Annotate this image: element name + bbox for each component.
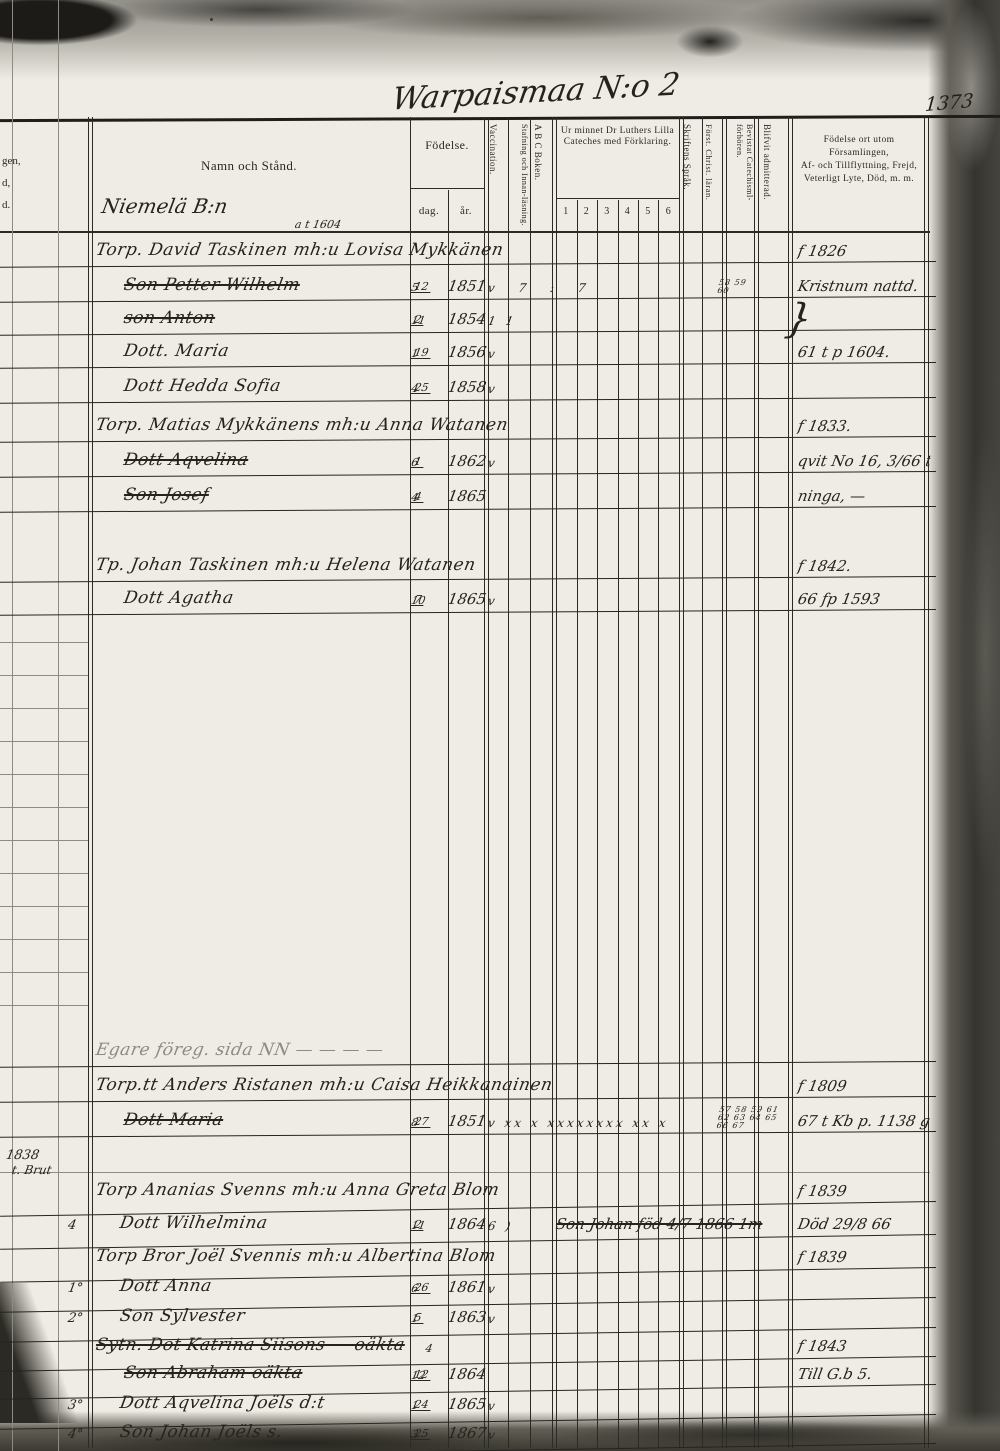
person-name: Dott Aqvelina bbox=[122, 450, 250, 470]
margin-remark: f 1842. bbox=[796, 557, 931, 575]
annotation: a t 1604 bbox=[294, 218, 342, 231]
margin-remark: f 1826 bbox=[796, 242, 931, 260]
reading-marks: v bbox=[487, 456, 506, 470]
person-name: Dott Anna bbox=[118, 1276, 213, 1296]
row-rule bbox=[0, 1443, 936, 1451]
attended-years: 58 59 60 bbox=[717, 279, 748, 295]
row-rule bbox=[0, 609, 936, 616]
birth-year: 1865 bbox=[446, 1395, 487, 1413]
reading-marks: v bbox=[487, 1399, 506, 1413]
margin-remark: f 1833. bbox=[796, 417, 931, 435]
attended-years: 57 58 59 61 62 63 64 65 66 67 bbox=[716, 1106, 780, 1130]
record-row: Torp Ananias Svenns mh:u Anna Greta Blom… bbox=[0, 1170, 938, 1202]
reading-marks: v bbox=[487, 1282, 506, 1296]
record-row: Torp. David Taskinen mh:u Lovisa Mykkäne… bbox=[0, 230, 938, 262]
record-row: Torp Bror Joël Svennis mh:u Albertina Bl… bbox=[0, 1236, 938, 1268]
margin-remark: f 1839 bbox=[796, 1182, 931, 1200]
record-row: 4°Son Johan Joëls s.2531867v bbox=[0, 1412, 938, 1444]
person-name: Dott Aqvelina Joëls d:t bbox=[118, 1393, 326, 1413]
record-row: Dott. Maria1911856v61 t p 1604. bbox=[0, 331, 938, 363]
birth-year: 1863 bbox=[446, 1308, 487, 1326]
margin-remark: f 1839 bbox=[796, 1248, 931, 1266]
birth-year: 1864 bbox=[446, 1365, 487, 1383]
person-name: Son Abraham oäkta bbox=[122, 1363, 304, 1383]
person-name: Sytn. Dot Katrina Siisons — oäkta bbox=[94, 1335, 406, 1355]
birth-year: 1865 bbox=[446, 590, 487, 608]
person-name: Son Johan Joëls s. bbox=[118, 1422, 284, 1442]
record-row: Son Josef441865ninga, — bbox=[0, 475, 938, 507]
margin-remark: ninga, — bbox=[796, 487, 931, 505]
birth-year: 1854 bbox=[446, 310, 487, 328]
person-name: Dott. Maria bbox=[122, 341, 231, 361]
row-rule bbox=[0, 397, 936, 404]
record-row: Dott Maria2781851v xx x xxxxxxxx xx x57 … bbox=[0, 1100, 938, 1132]
margin-remark: 61 t p 1604. bbox=[796, 343, 931, 361]
birth-year: 1867 bbox=[446, 1424, 487, 1442]
record-row: Tp. Johan Taskinen mh:u Helena Watanenf … bbox=[0, 545, 938, 577]
person-name: Dott Wilhelmina bbox=[118, 1213, 269, 1233]
margin-remark: Kristnum nattd. bbox=[796, 277, 931, 295]
margin-remark: f 1809 bbox=[796, 1077, 931, 1095]
reading-marks: v bbox=[487, 1428, 506, 1442]
reading-marks: v bbox=[487, 382, 506, 396]
record-row: Dott Aqvelina161862vqvit No 16, 3/66 t M… bbox=[0, 440, 938, 472]
scanned-church-record-page: Warpaismaa N:o 2 1373 gen, d, d. 1838 t.… bbox=[0, 0, 1000, 1451]
record-rows: Torp. David Taskinen mh:u Lovisa Mykkäne… bbox=[0, 0, 1000, 1451]
margin-remark: Till G.b 5. bbox=[796, 1365, 931, 1383]
margin-remark: Död 29/8 66 bbox=[796, 1215, 931, 1233]
record-row: Son Abraham oäkta12121864Till G.b 5. bbox=[0, 1353, 938, 1385]
birth-year: 1856 bbox=[446, 343, 487, 361]
margin-remark: 66 fp 1593 bbox=[796, 590, 931, 608]
record-row: Dott Agatha7101865v66 fp 1593 bbox=[0, 578, 938, 610]
row-number: 4° bbox=[67, 1427, 84, 1442]
reading-marks: v bbox=[487, 1312, 506, 1326]
person-name: Torp Ananias Svenns mh:u Anna Greta Blom bbox=[94, 1180, 501, 1200]
row-number: 1° bbox=[67, 1281, 84, 1296]
person-name: Dott Hedda Sofia bbox=[122, 376, 282, 396]
birth-year: 1851 bbox=[446, 277, 487, 295]
reading-marks: v 7 : 7 bbox=[487, 281, 597, 295]
margin-remark: qvit No 16, 3/66 t Maa- bbox=[796, 452, 931, 470]
record-row: son Anton211185411 bbox=[0, 298, 938, 330]
record-row: 3°Dott Aqvelina Joëls d:t2411865v bbox=[0, 1383, 938, 1415]
reading-marks: v xx x xxxxxxxx xx x bbox=[487, 1116, 670, 1130]
birth-year: 1858 bbox=[446, 378, 487, 396]
person-name: Torp.tt Anders Ristanen mh:u Caisa Heikk… bbox=[94, 1075, 554, 1095]
reading-marks: 6) bbox=[487, 1219, 522, 1233]
record-row: 4Dott Wilhelmina21118646)Son Johan föd 4… bbox=[0, 1203, 938, 1235]
row-number: 3° bbox=[67, 1398, 84, 1413]
record-row: Torp.tt Anders Ristanen mh:u Caisa Heikk… bbox=[0, 1065, 938, 1097]
person-name: Dott Maria bbox=[122, 1110, 225, 1130]
person-name: Egare föreg. sida NN — — — — bbox=[94, 1040, 385, 1060]
reading-marks: v bbox=[487, 347, 506, 361]
birth-year: 1864 bbox=[446, 1215, 487, 1233]
record-row: Egare föreg. sida NN — — — — bbox=[0, 1030, 938, 1062]
person-name: Dott Agatha bbox=[122, 588, 235, 608]
birth-year: 1862 bbox=[446, 452, 487, 470]
reading-marks: 11 bbox=[487, 314, 525, 328]
birth-year: 1861 bbox=[446, 1278, 487, 1296]
record-row: 1°Dott Anna2661861v bbox=[0, 1266, 938, 1298]
person-name: Torp. Matias Mykkänens mh:u Anna Watanen bbox=[94, 415, 509, 435]
person-name: Son Josef bbox=[122, 485, 210, 505]
record-row: Torp. Matias Mykkänens mh:u Anna Watanen… bbox=[0, 405, 938, 437]
person-name: Tp. Johan Taskinen mh:u Helena Watanen bbox=[94, 555, 477, 575]
extra-note: Son Johan föd 4/7 1866 1m bbox=[554, 1215, 764, 1233]
birth-year: 1851 bbox=[446, 1112, 487, 1130]
person-name: Son Petter Wilhelm bbox=[122, 275, 301, 295]
row-number: 4 bbox=[67, 1218, 78, 1233]
person-name: Torp Bror Joël Svennis mh:u Albertina Bl… bbox=[94, 1246, 497, 1266]
record-row: 2°Son Sylvester511863v bbox=[0, 1296, 938, 1328]
person-name: Son Sylvester bbox=[118, 1306, 246, 1326]
birth-year: 1865 bbox=[446, 487, 487, 505]
row-number: 2° bbox=[67, 1311, 84, 1326]
row-rule bbox=[0, 1131, 936, 1138]
margin-remark: 67 t Kb p. 1138 glb. bbox=[796, 1112, 931, 1130]
row-rule bbox=[0, 506, 936, 513]
reading-marks: v bbox=[487, 594, 506, 608]
person-name: Torp. David Taskinen mh:u Lovisa Mykkäne… bbox=[94, 240, 505, 260]
person-name: son Anton bbox=[122, 308, 217, 328]
record-row: Dott Hedda Sofia2541858v bbox=[0, 366, 938, 398]
record-row: Son Petter Wilhelm1251851v 7 : 758 59 60… bbox=[0, 265, 938, 297]
